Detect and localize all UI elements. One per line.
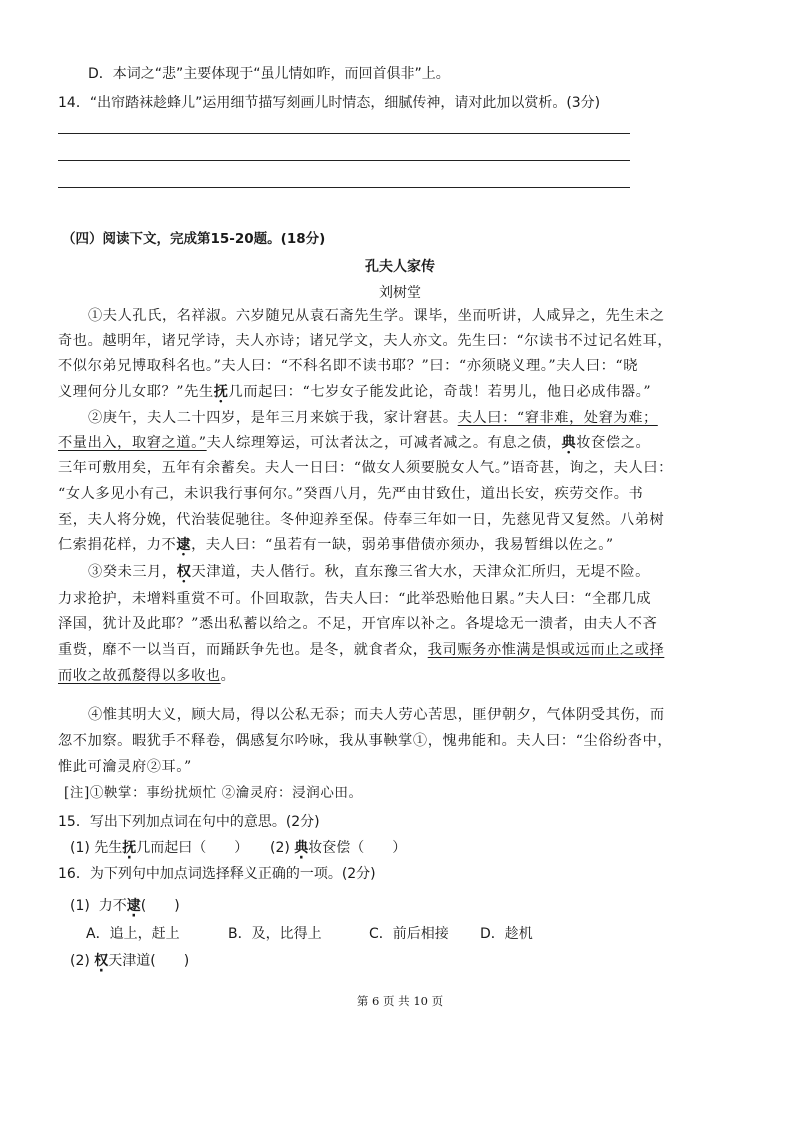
p2-line-5: 至，夫人将分娩，代治装促驰往。冬仲迎养至保。侍奉三年如一日，先慈见背又复然。八弟… bbox=[58, 510, 664, 530]
p4-line-2: 忽不加察。暇犹手不释卷，偶感复尔吟咏，我从事鞅掌①，愧弗能和。夫人曰：“尘俗纷沓… bbox=[58, 731, 672, 751]
answer-line-2[interactable] bbox=[58, 160, 630, 161]
p1-line-2: 奇也。越明年，诸兄学诗，夫人亦诗；诸兄学文，夫人亦文。先生曰：“尔读书不过记名姓… bbox=[58, 331, 672, 351]
page-number: 第 6 页 共 10 页 bbox=[0, 993, 800, 1009]
p1-line-3: 不似尔弟兄博取科名也。”夫人曰：“不科名即不读书耶？”曰：“亦须晓义理。”夫人曰… bbox=[58, 356, 638, 376]
text: ②庚午，夫人二十四岁，是年三月来嫔于我，家计窘甚。 bbox=[88, 410, 458, 426]
footnote: [注]①鞅掌：事纷扰烦忙 ②瀹灵府：浸润心田。 bbox=[64, 783, 363, 803]
text: 几而起曰：“七岁女子能发此论，奇哉！若男儿，他日必成伟器。” bbox=[229, 384, 652, 400]
underlined-sentence: 而收之故孤嫠得以多收也 bbox=[58, 668, 221, 684]
dotted-word-dai: 逮 bbox=[176, 537, 191, 553]
p3-line-2: 力求抢护，未增料重赏不可。仆回取款，告夫人曰：“此举恐贻他日累。”夫人曰：“全郡… bbox=[58, 589, 651, 609]
p3-line-4: 重赀，靡不一以当百，而踊跃争先也。是冬，就食者众，我司赈务亦惟满是惧或远而止之或… bbox=[58, 640, 664, 660]
dotted-word-fu: 抚 bbox=[214, 384, 229, 400]
text: 。 bbox=[221, 668, 236, 684]
item-num: (1) bbox=[70, 840, 90, 856]
p2-line-2: 不量出入，取窘之道。”夫人综理筹运，可汰者汰之，可减者减之。有息之债，典妆奁偿之… bbox=[58, 433, 650, 453]
q16-item-2: (2) 权天津道( ) bbox=[70, 951, 189, 971]
section-heading: （四）阅读下文，完成第15-20题。(18分) bbox=[62, 229, 325, 249]
q15-prompt: 15．写出下列加点词在句中的意思。(2分) bbox=[58, 812, 320, 832]
passage-author: 刘树堂 bbox=[0, 282, 800, 302]
answer-line-3[interactable] bbox=[58, 187, 630, 188]
p2-line-1: ②庚午，夫人二十四岁，是年三月来嫔于我，家计窘甚。夫人曰：“窘非难，处窘为难； bbox=[88, 408, 658, 428]
passage-title: 孔夫人家传 bbox=[0, 256, 800, 276]
q16-option-c[interactable]: C．前后相接 bbox=[369, 924, 449, 944]
text: 力不 bbox=[99, 898, 127, 914]
answer-blank[interactable]: 几而起曰（ ） bbox=[136, 840, 248, 856]
q15-item-1: (1) 先生抚几而起曰（ ） bbox=[70, 838, 248, 858]
p2-line-3: 三年可敷用矣，五年有余蓄矣。夫人一日曰：“做女人须要脱女人气。”语奇甚，询之，夫… bbox=[58, 458, 673, 478]
p3-line-1: ③癸未三月，权天津道，夫人偕行。秋，直东豫三省大水，天津众汇所归，无堤不险。 bbox=[88, 562, 650, 582]
text: 天津道，夫人偕行。秋，直东豫三省大水，天津众汇所归，无堤不险。 bbox=[192, 564, 650, 580]
p2-line-6: 仁索捐花样，力不逮，夫人曰：“虽若有一缺，弱弟事借债亦须办，我易暂缉以佐之。” bbox=[58, 535, 614, 555]
q16-prompt: 16．为下列句中加点词选择释义正确的一项。(2分) bbox=[58, 864, 376, 884]
text: 仁索捐花样，力不 bbox=[58, 537, 176, 553]
text: 先生 bbox=[94, 840, 122, 856]
q14-prompt: 14．“出帘踏袜趁蜂儿”运用细节描写刻画儿时情态，细腻传神，请对此加以赏析。(3… bbox=[58, 93, 600, 113]
p1-line-1: ①夫人孔氏，名祥淑。六岁随兄从袁石斋先生学。课毕，坐而听讲，人咸异之，先生未之 bbox=[88, 306, 665, 326]
dotted-word-quan: 权 bbox=[177, 564, 192, 580]
dotted-word-fu: 抚 bbox=[122, 840, 136, 856]
answer-blank[interactable]: ( ) bbox=[141, 898, 180, 914]
dotted-word-quan: 权 bbox=[94, 953, 108, 969]
q16-item-1: (1) 力不逮( ) bbox=[70, 896, 180, 916]
text: 重赀，靡不一以当百，而踊跃争先也。是冬，就食者众， bbox=[58, 642, 428, 658]
item-num: (1) bbox=[70, 898, 90, 914]
p2-line-4: “女人多见小有己，未识我行事何尔。”癸酉八月，先严由甘致仕，道出长安，疾劳交作。… bbox=[58, 484, 643, 504]
answer-blank[interactable]: 天津道( ) bbox=[108, 953, 189, 969]
underlined-sentence: 我司赈务亦惟满是惧或远而止之或择 bbox=[428, 642, 665, 658]
answer-line-1[interactable] bbox=[58, 133, 630, 134]
text: 妆奁偿之。 bbox=[576, 435, 650, 451]
p4-line-3: 惟此可瀹灵府②耳。” bbox=[58, 757, 192, 777]
item-num: (2) bbox=[270, 840, 290, 856]
q16-option-b[interactable]: B．及，比得上 bbox=[228, 924, 322, 944]
dotted-word-dai: 逮 bbox=[127, 898, 141, 914]
q16-option-d[interactable]: D．趁机 bbox=[480, 924, 533, 944]
exam-page: D．本词之“悲”主要体现于“虽儿情如昨，而回首俱非”上。 14．“出帘踏袜趁蜂儿… bbox=[0, 0, 800, 1131]
p3-line-5: 而收之故孤嫠得以多收也。 bbox=[58, 666, 235, 686]
q13-option-d: D．本词之“悲”主要体现于“虽儿情如昨，而回首俱非”上。 bbox=[88, 64, 450, 84]
answer-blank[interactable]: 妆奁偿（ ） bbox=[308, 840, 406, 856]
q15-item-2: (2) 典妆奁偿（ ） bbox=[270, 838, 406, 858]
underlined-sentence: 夫人曰：“窘非难，处窘为难； bbox=[458, 410, 658, 426]
p3-line-3: 泽国，犹计及此耶？”悉出私蓄以给之。不足，开官库以补之。各堤埝无一溃者，由夫人不… bbox=[58, 614, 657, 634]
item-num: (2) bbox=[70, 953, 90, 969]
q16-option-a[interactable]: A．追上，赶上 bbox=[86, 924, 180, 944]
text: 夫人综理筹运，可汰者汰之，可减者减之。有息之债， bbox=[207, 435, 562, 451]
text: 义理何分儿女耶？”先生 bbox=[58, 384, 214, 400]
dotted-word-dian: 典 bbox=[294, 840, 308, 856]
dotted-word-dian: 典 bbox=[562, 435, 577, 451]
underlined-sentence: 不量出入，取窘之道。” bbox=[58, 435, 207, 451]
text: ，夫人曰：“虽若有一缺，弱弟事借债亦须办，我易暂缉以佐之。” bbox=[191, 537, 614, 553]
p1-line-4: 义理何分儿女耶？”先生抚几而起曰：“七岁女子能发此论，奇哉！若男儿，他日必成伟器… bbox=[58, 382, 651, 402]
text: ③癸未三月， bbox=[88, 564, 177, 580]
p4-line-1: ④惟其明大义，顾大局，得以公私无忝；而夫人劳心苦思，匪伊朝夕，气体阴受其伤，而 bbox=[88, 705, 665, 725]
